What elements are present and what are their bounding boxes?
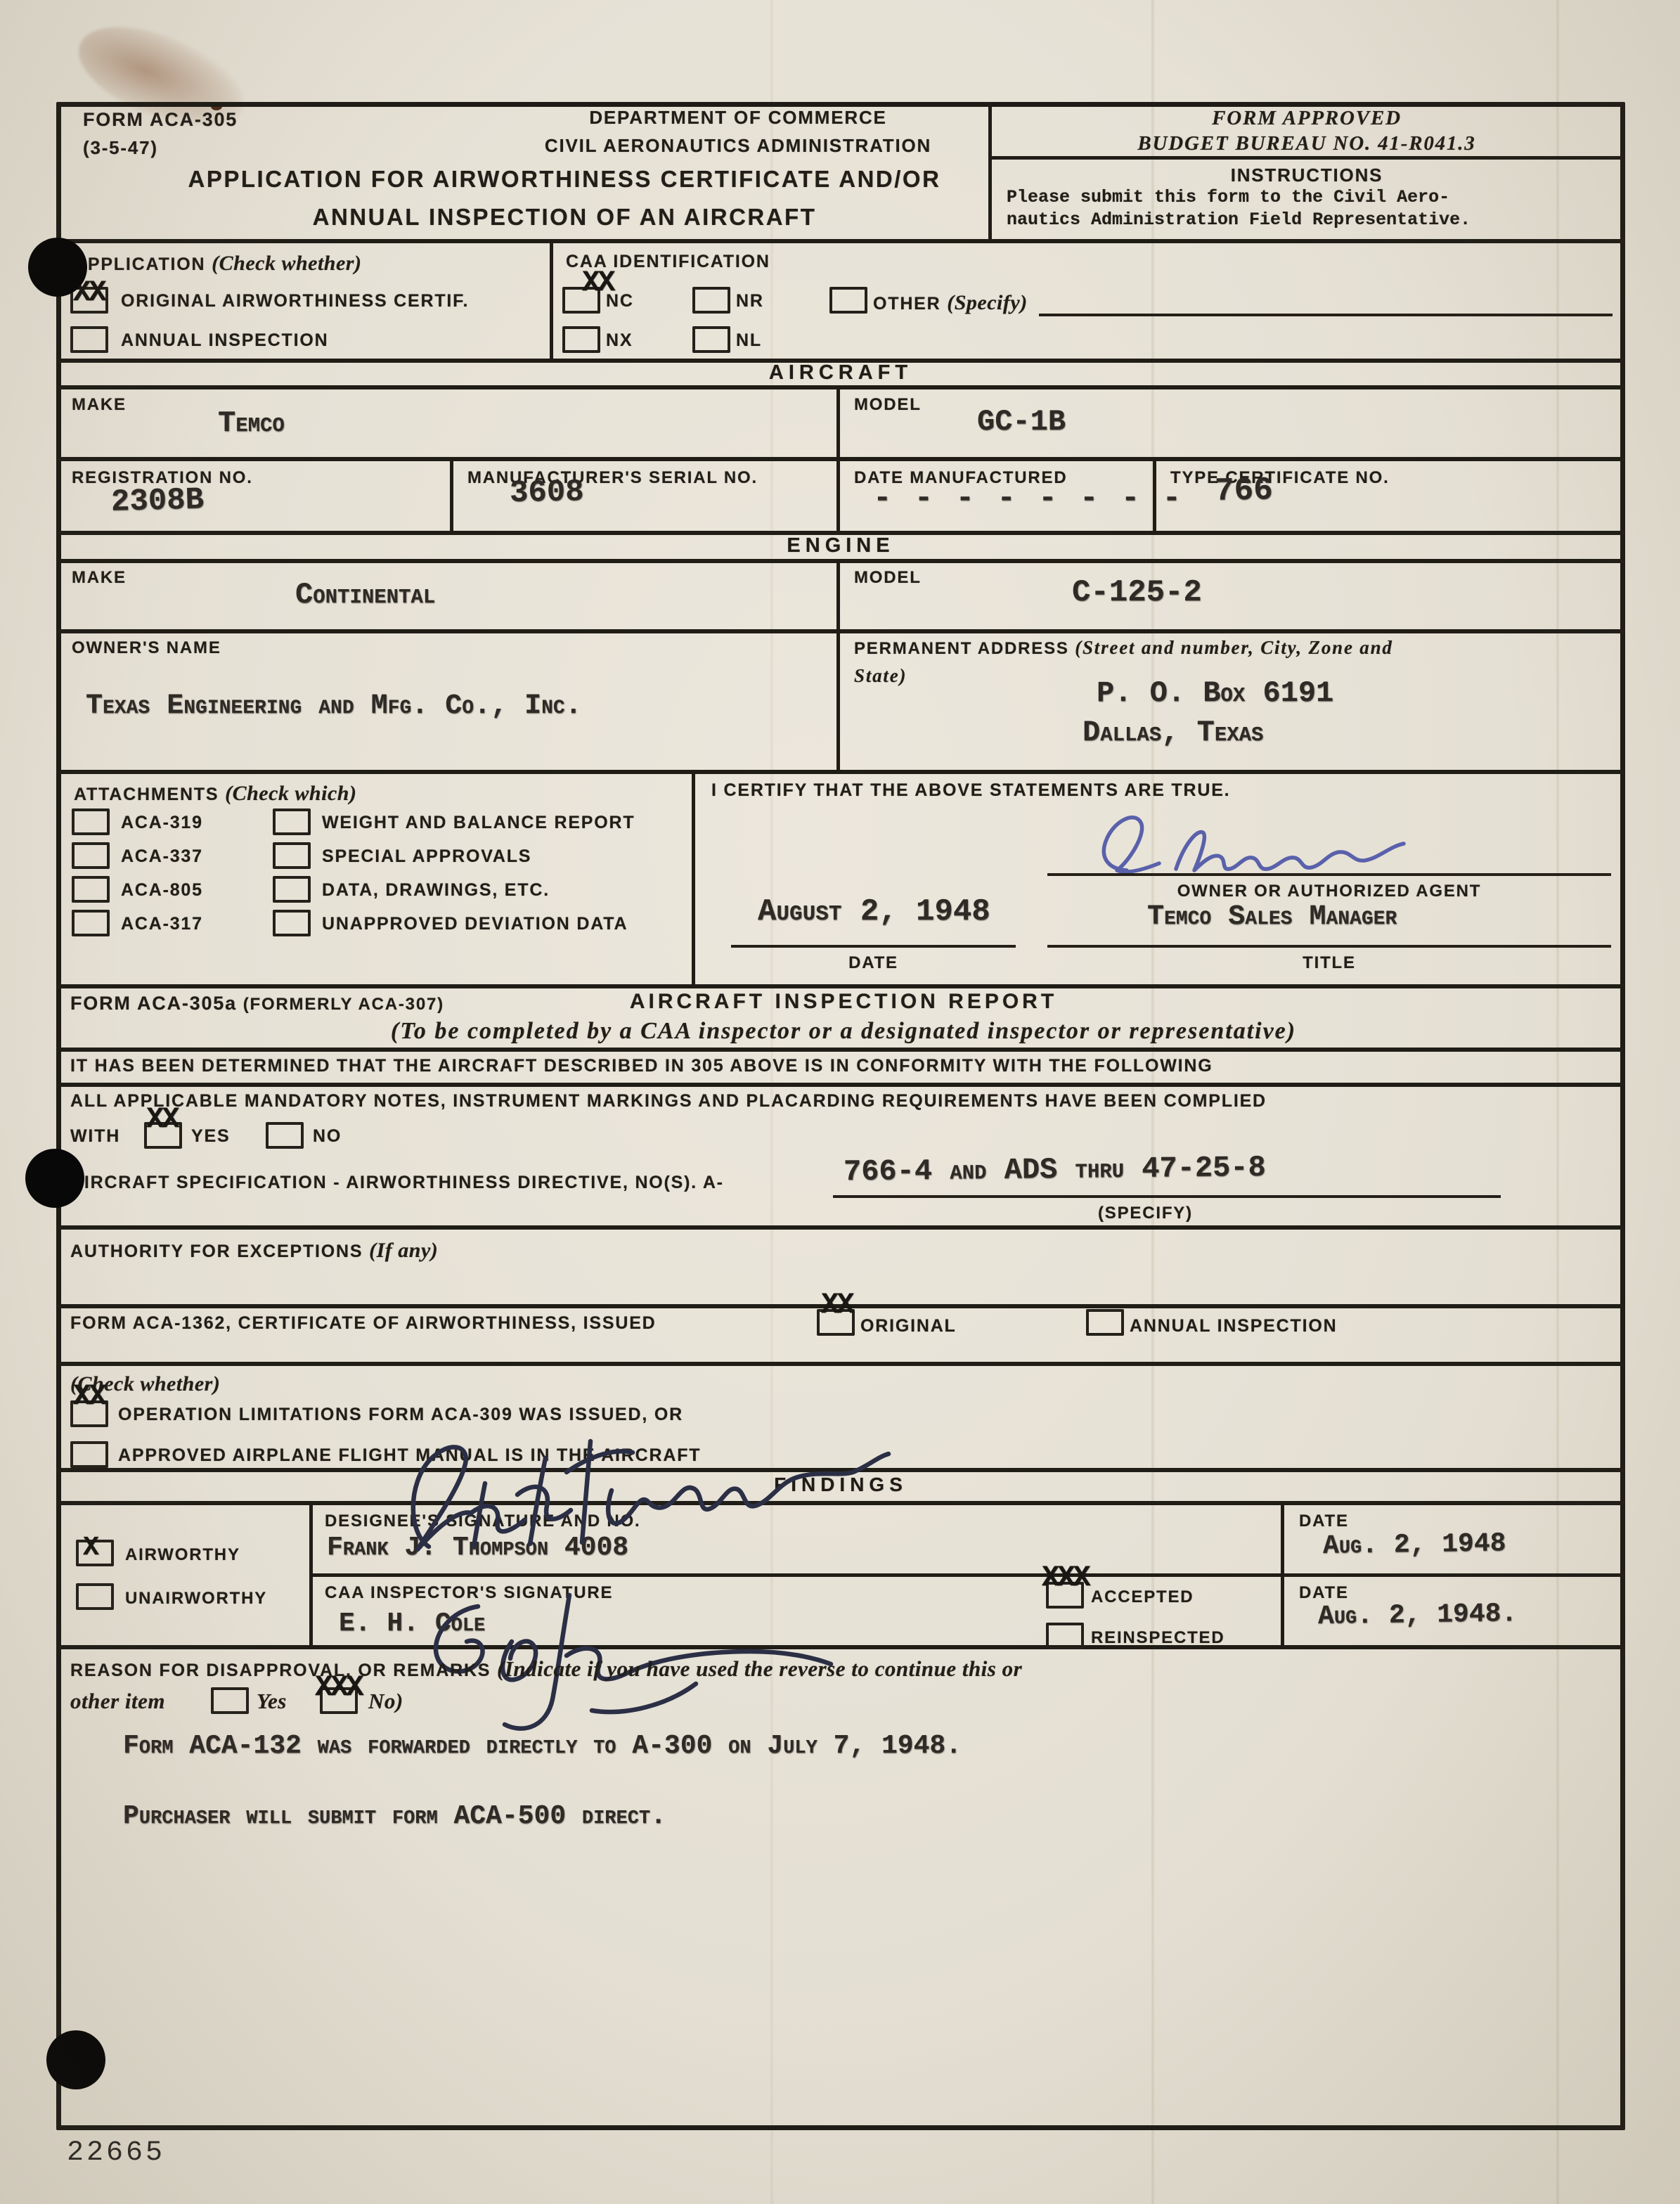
page-title-line-2: ANNUAL INSPECTION OF AN AIRCRAFT [141,204,988,231]
checkbox-other [829,287,867,314]
owner-agent-label: OWNER OR AUTHORIZED AGENT [1047,882,1611,901]
rule [692,770,695,984]
certificate-issued-label: FORM ACA-1362, CERTIFICATE OF AIRWORTHIN… [70,1313,657,1334]
form-revision: (3-5-47) [83,137,158,159]
owner-name-label: OWNER'S NAME [72,638,221,658]
registration-value: 2308B [110,482,204,520]
owner-address-label: PERMANENT ADDRESS (Street and number, Ci… [854,637,1393,659]
other-label-text: OTHER [873,294,941,314]
instructions-title: INSTRUCTIONS [988,165,1625,186]
aircraft-make-label: MAKE [72,395,127,415]
checkbox-weight-balance [273,808,311,835]
weight-balance-label: WEIGHT AND BALANCE REPORT [322,813,635,833]
application-check-whether-note: (Check whether) [212,252,361,275]
nc-label: NC [606,291,634,311]
form-approved-line-2: BUDGET BUREAU NO. 41-R041.3 [988,132,1625,155]
engine-make-label: MAKE [72,568,127,588]
application-label: APPLICATION (Check whether) [74,252,361,276]
issued-original-label: ORIGINAL [860,1316,957,1336]
checkbox-aca-805 [72,876,110,903]
rule [56,629,1625,633]
owner-signature-line [1047,873,1611,876]
designee-date-value: Aug. 2, 1948 [1323,1528,1506,1561]
aircraft-section-title: AIRCRAFT [56,361,1625,385]
checkbox-nl [692,326,730,353]
original-airworthiness-label: ORIGINAL AIRWORTHINESS CERTIF. [121,291,469,311]
remarks-line-1: Form ACA-132 was forwarded directly to A… [123,1731,962,1761]
spec-directive-line [833,1195,1501,1198]
engine-make-value: Continental [295,578,435,612]
designee-signature-image [380,1399,928,1589]
page-title-line-1: APPLICATION FOR AIRWORTHINESS CERTIFICAT… [141,166,988,193]
punch-hole-middle [25,1149,84,1208]
designee-date-label: DATE [1299,1512,1349,1531]
serial-value: 3608 [510,475,584,511]
engine-model-label: MODEL [854,568,922,588]
nl-label: NL [736,330,762,351]
data-drawings-label: DATA, DRAWINGS, ETC. [322,880,550,901]
owner-address-line-1: P. O. Box 6191 [1097,676,1333,710]
owner-name-value: Texas Engineering and Mfg. Co., Inc. [86,690,582,722]
rule [56,770,1625,774]
application-label-text: APPLICATION [74,254,205,274]
unairworthy-label: UNAIRWORTHY [125,1589,267,1609]
checkbox-flight-manual [70,1441,108,1468]
remarks-label-text: REASON FOR DISAPPROVAL, OR REMARKS [70,1661,491,1680]
inspector-signature-image [394,1564,858,1740]
rule [56,1362,1625,1366]
rule [56,1225,1625,1230]
type-certificate-label: TYPE CERTIFICATE NO. [1170,468,1390,488]
title-line [1047,945,1611,948]
no-label: NO [313,1126,342,1147]
rule [56,457,1625,461]
aca-805-label: ACA-805 [121,880,203,901]
rule [56,1048,1625,1052]
nr-label: NR [736,291,764,311]
attachments-check-which-note: (Check which) [225,782,356,805]
checkbox-special-approvals [273,842,311,869]
remarks-yes-label: Yes [257,1689,287,1714]
scan-serial-number: 22665 [67,2137,165,2169]
report-form-number-text: FORM ACA-305a [70,993,237,1014]
department-line-1: DEPARTMENT OF COMMERCE [492,107,984,129]
date-manufactured-value: - - - - - - - - [873,481,1183,516]
attachments-label: ATTACHMENTS (Check which) [74,782,356,806]
instructions-line-2: nautics Administration Field Representat… [1007,210,1471,230]
certify-date-value: August 2, 1948 [758,894,990,929]
rule [450,457,453,531]
owner-address-note-1: (Street and number, City, Zone and [1075,637,1393,658]
checkbox-aca-319 [72,808,110,835]
checkbox-annual-inspection [70,326,108,353]
date-line [731,945,1016,948]
remarks-no-label: No) [368,1689,403,1714]
rule [309,1501,313,1645]
instructions-line-1: Please submit this form to the Civil Aer… [1007,187,1449,207]
checkbox-remarks-yes [211,1687,249,1714]
owner-address-line-2: Dallas, Texas [1083,716,1263,749]
engine-section-title: ENGINE [56,534,1625,558]
aircraft-model-label: MODEL [854,395,922,415]
punch-hole-top [28,238,87,297]
rule [1281,1501,1284,1645]
other-specify-line [1039,314,1613,316]
scanned-form-page: FORM ACA-305 (3-5-47) DEPARTMENT OF COMM… [0,0,1680,2204]
title-label: TITLE [1047,953,1611,973]
form-number: FORM ACA-305 [83,109,238,131]
rule [988,156,1625,160]
type-certificate-value: 766 [1215,472,1274,509]
punch-hole-bottom [46,2030,105,2089]
form-approved-line-1: FORM APPROVED [988,107,1625,130]
special-approvals-label: SPECIAL APPROVALS [322,846,531,867]
remarks-note-1: (Indicate if you have used the reverse t… [497,1656,1022,1681]
certify-statement: I CERTIFY THAT THE ABOVE STATEMENTS ARE … [711,780,1230,801]
checkmark-issued-original: XX [821,1288,852,1322]
department-line-2: CIVIL AERONAUTICS ADMINISTRATION [492,135,984,157]
checkbox-unairworthy [76,1583,114,1610]
rule [56,984,1625,988]
other-specify-note: (Specify) [947,291,1027,314]
rule [836,457,840,531]
rule [56,385,1625,389]
checkmark-complied-yes: XX [146,1102,177,1136]
attachments-label-text: ATTACHMENTS [74,785,219,804]
checkmark-airworthy: X [83,1533,97,1563]
authority-exceptions-text: AUTHORITY FOR EXCEPTIONS [70,1242,363,1261]
remarks-line-2: Purchaser will submit form ACA-500 direc… [123,1801,666,1831]
reinspected-label: REINSPECTED [1091,1628,1225,1648]
engine-model-value: C-125-2 [1072,575,1202,610]
spec-directive-value: 766-4 and ADS thru 47-25-8 [844,1151,1266,1189]
owner-address-note-2: State) [854,665,907,687]
spec-directive-label: AIRCRAFT SPECIFICATION - AIRWORTHINESS D… [70,1173,724,1193]
report-formerly-note: (FORMERLY ACA-307) [243,995,444,1014]
date-label: DATE [731,953,1016,973]
nx-label: NX [606,330,633,351]
aca-317-label: ACA-317 [121,914,203,934]
checkbox-unapproved-deviation [273,910,311,936]
rule [56,1083,1625,1087]
aca-337-label: ACA-337 [121,846,203,867]
remarks-label-line: REASON FOR DISAPPROVAL, OR REMARKS (Indi… [70,1656,1022,1682]
issued-annual-label: ANNUAL INSPECTION [1130,1316,1337,1336]
authority-if-any-note: (If any) [369,1239,438,1262]
complied-statement: ALL APPLICABLE MANDATORY NOTES, INSTRUME… [70,1091,1267,1111]
report-subtitle: (To be completed by a CAA inspector or a… [197,1018,1490,1045]
owner-address-label-text: PERMANENT ADDRESS [854,639,1069,658]
checkmark-accepted: XXX [1042,1561,1089,1594]
other-label: OTHER (Specify) [873,291,1028,315]
rule [836,629,840,770]
checkbox-aca-337 [72,842,110,869]
unapproved-deviation-label: UNAPPROVED DEVIATION DATA [322,914,628,934]
aca-319-label: ACA-319 [121,813,203,833]
checkbox-reinspected [1046,1623,1084,1649]
annual-inspection-label: ANNUAL INSPECTION [121,330,328,351]
checkbox-issued-annual [1086,1309,1124,1336]
checkbox-data-drawings [273,876,311,903]
aircraft-model-value: GC-1B [977,405,1066,439]
report-form-number: FORM ACA-305a (FORMERLY ACA-307) [70,993,444,1014]
accepted-label: ACCEPTED [1091,1587,1194,1607]
owner-signature-image [1086,801,1416,893]
checkmark-remarks-no: XXX [315,1670,362,1704]
yes-label: YES [191,1126,230,1147]
checkbox-nr [692,287,730,314]
authority-exceptions-label: AUTHORITY FOR EXCEPTIONS (If any) [70,1239,438,1263]
specify-label: (SPECIFY) [1098,1204,1193,1223]
checkbox-complied-no [266,1122,304,1149]
rule [836,385,840,457]
rule [56,559,1625,563]
rule [836,559,840,629]
inspector-date-value: Aug. 2, 1948. [1318,1599,1518,1632]
determined-statement: IT HAS BEEN DETERMINED THAT THE AIRCRAFT… [70,1056,1213,1076]
rule [56,239,1625,243]
airworthy-label: AIRWORTHY [125,1545,240,1565]
checkmark-operation-limitations: XX [73,1379,104,1413]
rule [550,239,553,359]
report-title: AIRCRAFT INSPECTION REPORT [457,990,1230,1014]
checkbox-aca-317 [72,910,110,936]
checkbox-nx [562,326,600,353]
aircraft-make-value: Temco [218,406,285,440]
remarks-note-2: other item [70,1689,165,1714]
with-label: WITH [70,1126,120,1147]
inspector-date-label: DATE [1299,1583,1349,1603]
certify-title-value: Temco Sales Manager [1147,901,1397,933]
